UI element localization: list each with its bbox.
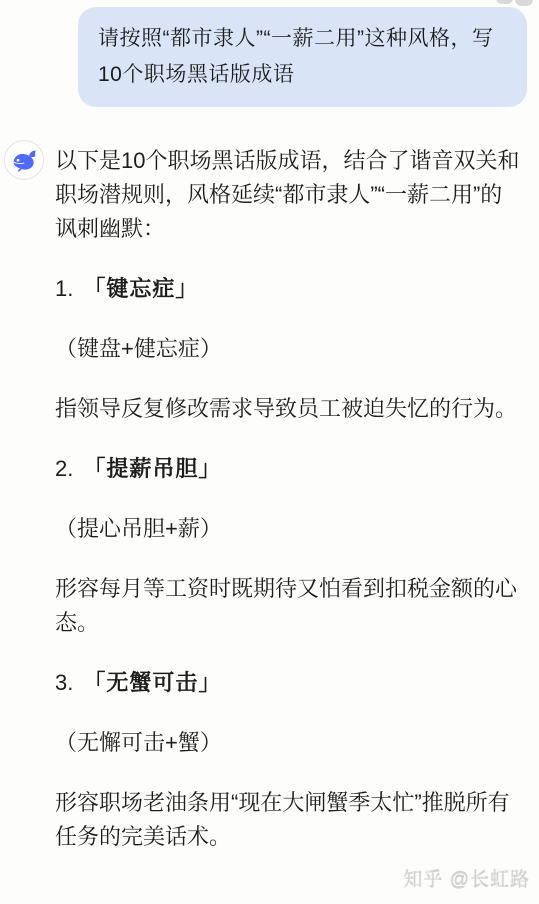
assistant-message-row: 以下是10个职场黑话版成语，结合了谐音双关和职场潜规则，风格延续“都市隶人”“一… [0,140,539,854]
idiom-2-heading: 2.「提薪吊胆」 [55,452,523,486]
idiom-3-heading: 3.「无蟹可击」 [55,666,523,700]
idiom-1-description: 指领导反复修改需求导致员工被迫失忆的行为。 [55,392,523,426]
deepseek-whale-icon [11,147,38,174]
idiom-2-formula: （提心吊胆+薪） [55,512,523,546]
idiom-1-title: 「键忘症」 [83,276,198,301]
assistant-avatar [4,140,44,180]
assistant-intro: 以下是10个职场黑话版成语，结合了谐音双关和职场潜规则，风格延续“都市隶人”“一… [55,144,523,246]
idiom-3-formula: （无懈可击+蟹） [55,726,523,760]
idiom-3-title: 「无蟹可击」 [83,670,221,695]
user-message-bubble: 请按照“都市隶人”“一薪二用”这种风格，写10个职场黑话版成语 [78,7,527,107]
idiom-2-title: 「提薪吊胆」 [83,456,221,481]
idiom-1-number: 1. [55,276,73,301]
idiom-2-number: 2. [55,456,73,481]
idiom-2-description: 形容每月等工资时既期待又怕看到扣税金额的心态。 [55,572,523,640]
idiom-1-heading: 1.「键忘症」 [55,272,523,306]
idiom-3-number: 3. [55,670,73,695]
assistant-message-content: 以下是10个职场黑话版成语，结合了谐音双关和职场潜规则，风格延续“都市隶人”“一… [55,140,523,854]
zhihu-watermark: 知乎 @长虹路 [403,865,530,892]
idiom-1-formula: （键盘+健忘症） [55,332,523,366]
idiom-3-description: 形容职场老油条用“现在大闸蟹季太忙”推脱所有任务的完美话术。 [55,786,523,854]
user-message-row: 请按照“都市隶人”“一薪二用”这种风格，写10个职场黑话版成语 [0,0,539,107]
